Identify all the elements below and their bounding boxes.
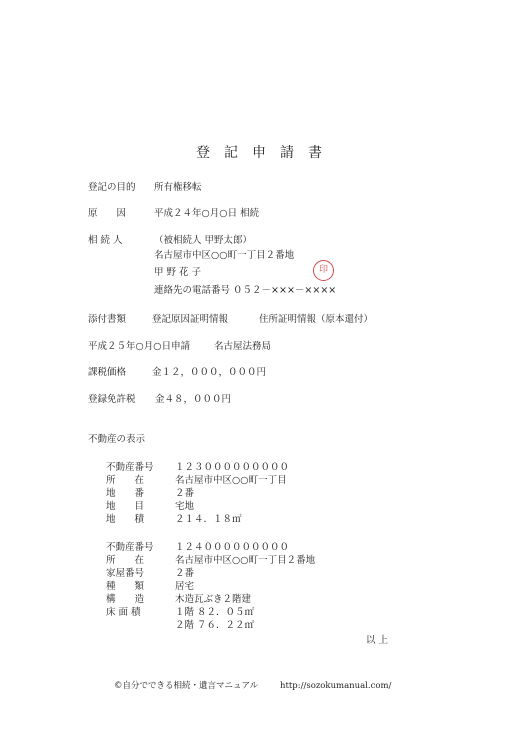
building-label: 種 類 — [106, 581, 144, 593]
land-value: ２番 — [175, 488, 194, 500]
land-label: 地 目 — [106, 501, 144, 513]
building-value: 木造瓦ぶき２階建 — [175, 594, 251, 606]
building-value: 名古屋市中区○○町一丁目２番地 — [175, 555, 315, 567]
land-value: １２３０００００００００ — [175, 462, 289, 474]
land-label: 所 在 — [106, 475, 144, 487]
decedent-text: （被相続人 甲野太郎） — [154, 235, 252, 247]
purpose-value: 所有権移転 — [154, 182, 202, 194]
attachment-2: 住所証明情報（原本還付） — [259, 314, 373, 326]
building-value: ２番 — [175, 568, 194, 580]
building-value: １２４０００００００００ — [175, 542, 289, 554]
closing-text: 以 上 — [366, 635, 388, 647]
heir-label: 相 続 人 — [88, 235, 123, 247]
heir-phone: 連絡先の電話番号 ０５２－×××－×××× — [154, 285, 336, 297]
land-label: 地 番 — [106, 488, 144, 500]
cause-value: 平成２４年○月○日 相続 — [154, 208, 259, 220]
tax-base-label: 課税価格 — [88, 367, 126, 379]
building-label: 不動産番号 — [106, 542, 154, 554]
land-row: 不動産番号 — [106, 462, 154, 474]
land-value: 宅地 — [175, 501, 194, 513]
seal-icon: 印 — [313, 260, 334, 281]
cause-label: 原 因 — [88, 208, 126, 220]
registration-tax-label: 登録免許税 — [88, 394, 136, 406]
footer-url[interactable]: http://sozokumanual.com/ — [280, 680, 391, 692]
land-value: 名古屋市中区○○町一丁目 — [175, 475, 287, 487]
tax-base-value: 金１２，０００，０００円 — [152, 367, 266, 379]
heir-address: 名古屋市中区○○町一丁目２番地 — [154, 250, 294, 262]
property-heading: 不動産の表示 — [88, 434, 145, 446]
application-date: 平成２５年○月○日申請 — [88, 341, 190, 353]
registration-tax-value: 金４８，０００円 — [155, 394, 231, 406]
building-label: 家屋番号 — [106, 568, 144, 580]
heir-name: 甲 野 花 子 — [154, 267, 201, 279]
registry-office: 名古屋法務局 — [214, 341, 271, 353]
building-value: 居宅 — [175, 581, 194, 593]
building-label: 構 造 — [106, 594, 144, 606]
page-title: 登記申請書 — [196, 147, 336, 159]
building-value: １階 ８２．０５㎡ — [175, 607, 254, 619]
land-label: 地 積 — [106, 514, 144, 526]
land-value: ２１４．１８㎡ — [175, 514, 242, 526]
footer-copyright: ©自分でできる相続・遺言マニュアル — [114, 680, 258, 692]
building-value: ２階 ７６．２２㎡ — [175, 620, 254, 632]
building-label: 所 在 — [106, 555, 144, 567]
attachments-label: 添付書類 — [88, 314, 126, 326]
purpose-label: 登記の目的 — [88, 182, 136, 194]
building-label: 床 面 積 — [106, 607, 141, 619]
attachment-1: 登記原因証明情報 — [152, 314, 228, 326]
